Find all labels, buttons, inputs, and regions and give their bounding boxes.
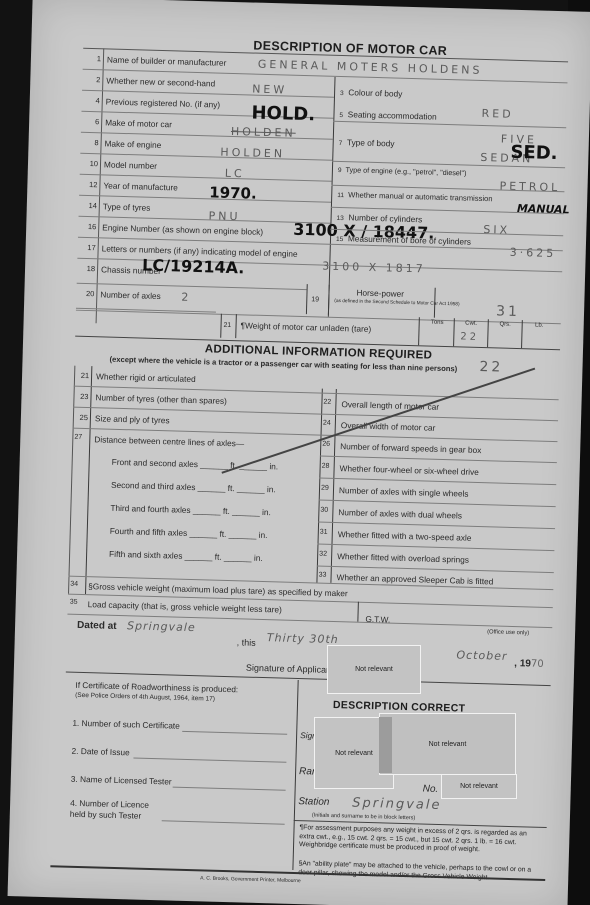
date-of-issue-label: 2. Date of Issue xyxy=(71,746,129,758)
axle-row: Front and second axles ______ ft. ______… xyxy=(112,457,279,472)
certificate-number-label: 1. Number of such Certificate xyxy=(72,718,180,731)
printer-imprint: A. C. Brooks, Government Printer, Melbou… xyxy=(200,875,301,884)
number-of-axles-value: 2 xyxy=(181,291,191,304)
cylinders-value: SIX xyxy=(483,223,510,237)
ability-plate-footnote: §An "ability plate" may be attached to t… xyxy=(298,860,538,884)
axle-row: Fourth and fifth axles ______ ft. ______… xyxy=(110,526,268,540)
licensed-tester-label: 3. Name of Licensed Tester xyxy=(71,774,172,787)
office-use-label: (Office use only) xyxy=(487,629,529,636)
dated-place-value: Springvale xyxy=(127,619,196,634)
weight-cwt-value: 22 xyxy=(460,331,479,343)
redaction-overlap xyxy=(379,717,392,773)
tare-weight-label: ¶Weight of motor car unladen (tare) xyxy=(240,320,371,334)
engine-model-value: 3100 X 1817 xyxy=(322,260,426,276)
transmission-value: MANUAL xyxy=(517,202,570,216)
redaction-box: Not relevant xyxy=(379,713,516,775)
no-label: No. xyxy=(423,784,439,795)
station-label: Station xyxy=(298,796,329,808)
field-label: Name of builder or manufacturer xyxy=(107,54,227,67)
tare-margin-value: 22 xyxy=(479,359,503,376)
type-of-body-stamp: SED. xyxy=(510,142,558,164)
weight-col-qrs: Qrs. xyxy=(489,321,522,328)
weight-col-tons: Tons xyxy=(421,319,454,326)
horse-power-label: Horse-power xyxy=(356,288,404,299)
new-secondhand-value: NEW xyxy=(252,83,287,97)
colour-of-body-value: RED xyxy=(481,107,513,121)
field-label: 5 Seating accommodation xyxy=(339,109,437,122)
redaction-box: Not relevant xyxy=(327,645,421,694)
dated-day-value: Thirty 30th xyxy=(267,631,339,646)
field-label: 11 Whether manual or automatic transmiss… xyxy=(337,190,493,203)
horse-power-sublabel: (as defined in the Second Schedule to Mo… xyxy=(334,299,459,307)
axle-row: Second and third axles ______ ft. ______… xyxy=(111,480,276,495)
applicant-signature-label: Signature of Applicant xyxy=(246,663,334,675)
chassis-number-value: LC/19214A. xyxy=(142,256,245,278)
horse-power-value: 31 xyxy=(496,303,520,320)
axle-distance-heading: Distance between centre lines of axles— xyxy=(94,434,244,448)
field-label: 3 Colour of body xyxy=(340,87,402,99)
field-label: 7 Type of body xyxy=(339,137,395,149)
station-value: Springvale xyxy=(352,796,442,813)
type-of-engine-value: PETROL xyxy=(499,179,560,194)
load-capacity-label: Load capacity (that is, gross vehicle we… xyxy=(88,599,282,614)
weight-col-lb: Lb. xyxy=(523,322,556,329)
dated-year-value: 70 xyxy=(531,659,544,670)
redaction-box: Not relevant xyxy=(441,774,517,799)
bore-value: 3·625 xyxy=(510,246,557,260)
axle-row: Fifth and sixth axles ______ ft. ______ … xyxy=(109,549,263,563)
licence-number-label: 4. Number of Licence held by such Tester xyxy=(70,798,161,823)
dated-at-label: Dated at xyxy=(77,620,117,632)
dated-month-value: October xyxy=(456,648,507,662)
field-row: 20 Number of axles xyxy=(76,284,217,313)
axle-row: Third and fourth axles ______ ft. ______… xyxy=(110,503,271,517)
roadworthiness-subheading: (See Police Orders of 4th August, 1964, … xyxy=(75,692,215,703)
weight-col-cwt: Cwt. xyxy=(455,320,488,327)
field-label: 9 Type of engine (e.g., "petrol", "diese… xyxy=(338,165,467,178)
tare-footnote: ¶For assessment purposes any weight in e… xyxy=(299,824,540,856)
